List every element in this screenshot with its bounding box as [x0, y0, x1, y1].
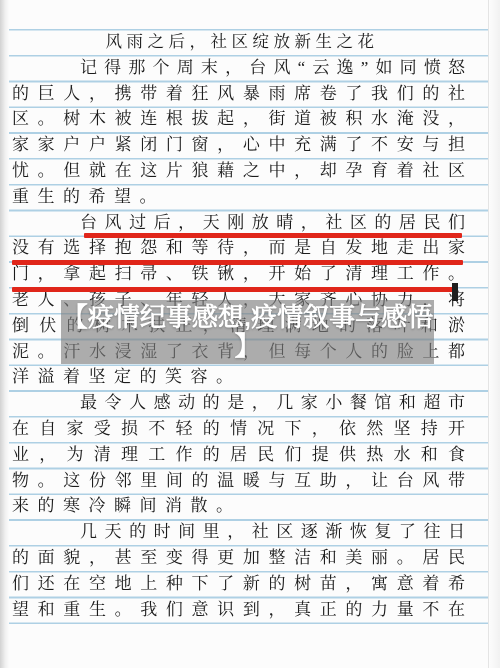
essay-line: 业，为清理工作的居民们提供热水和食	[12, 442, 472, 468]
essay-line: 来的寒冷瞬间消散。	[12, 493, 472, 519]
essay-line: 望和重生。我们意识到，真正的力量不在	[12, 597, 472, 623]
watermark-overlay: 【疫情纪事感想,疫情叙事与感悟 】	[61, 300, 434, 364]
essay-line: 最令人感动的是，几家小餐馆和超市	[12, 390, 472, 416]
essay-line: 物。这份邻里间的温暖与互助，让台风带	[12, 468, 472, 494]
page-left-edge	[0, 0, 9, 668]
essay-line: 重生的希望。	[12, 184, 472, 210]
essay-line-underlined: 没有选择抱怨和等待，而是自发地走出家	[12, 235, 472, 261]
essay-line-underlined: 门，拿起扫帚、铁锹，开始了清理工作。	[12, 261, 472, 287]
essay-line: 区。树木被连根拔起，街道被积水淹没，	[12, 106, 472, 132]
essay-line-underlined: 台风过后，天刚放晴，社区的居民们	[12, 210, 472, 236]
notebook-paper: 风雨之后，社区绽放新生之花 记得那个周末，台风“云逸”如同愤怒 的巨人，携带着狂…	[0, 0, 500, 668]
red-underline-2	[12, 260, 463, 265]
essay-line: 在自家受损不轻的情况下，依然坚持开	[12, 416, 472, 442]
page-right-edge	[488, 0, 500, 668]
essay-line: 忧。但就在这片狼藉之中，却孕育着社区	[12, 158, 472, 184]
red-underline-3	[12, 287, 458, 292]
essay-line: 的巨人，携带着狂风暴雨席卷了我们的社	[12, 81, 472, 107]
red-underline-1	[84, 233, 462, 238]
essay-line: 们还在空地上种下了新的树苗，寓意着希	[12, 571, 472, 597]
essay-line: 的面貌，甚至变得更加整洁和美丽。居民	[12, 545, 472, 571]
essay-title: 风雨之后，社区绽放新生之花	[12, 29, 472, 55]
watermark-text-line1: 【疫情纪事感想,疫情叙事与感悟	[62, 303, 433, 332]
essay-line: 洋溢着坚定的笑容。	[12, 364, 472, 390]
essay-line: 几天的时间里，社区逐渐恢复了往日	[12, 519, 472, 545]
essay-line: 记得那个周末，台风“云逸”如同愤怒	[12, 55, 472, 81]
essay-line: 家家户户紧闭门窗，心中充满了不安与担	[12, 132, 472, 158]
scan-artifact-bar	[452, 283, 458, 301]
watermark-text-line2: 】	[234, 332, 260, 361]
